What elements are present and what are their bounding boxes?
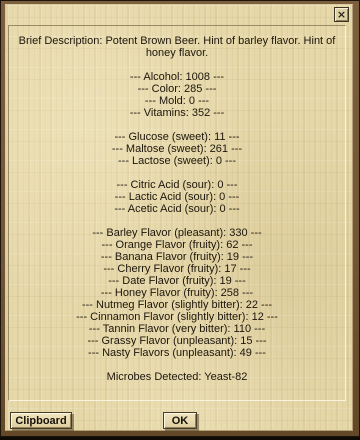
close-button[interactable]: ×: [334, 7, 349, 22]
ok-button[interactable]: OK: [163, 412, 197, 429]
stat-line: --- Honey Flavor (fruity): 258 ---: [9, 287, 345, 299]
stat-line: --- Banana Flavor (fruity): 19 ---: [9, 251, 345, 263]
clipboard-button[interactable]: Clipboard: [10, 412, 72, 429]
beer-info-window: Brief Description: Potent Brown Beer. Hi…: [0, 0, 360, 440]
stat-line: --- Alcohol: 1008 ---: [9, 71, 345, 83]
stat-group-sour: --- Citric Acid (sour): 0 ------ Lactic …: [9, 179, 345, 215]
stat-line: --- Color: 285 ---: [9, 83, 345, 95]
microbes-line: Microbes Detected: Yeast-82: [9, 371, 345, 383]
stat-line: --- Date Flavor (fruity): 19 ---: [9, 275, 345, 287]
stat-group-flavor: --- Barley Flavor (pleasant): 330 ------…: [9, 227, 345, 359]
beer-stats-panel: Brief Description: Potent Brown Beer. Hi…: [8, 25, 346, 401]
stat-group-sweet: --- Glucose (sweet): 11 ------ Maltose (…: [9, 131, 345, 167]
stat-line: --- Vitamins: 352 ---: [9, 107, 345, 119]
stat-line: --- Orange Flavor (fruity): 62 ---: [9, 239, 345, 251]
stat-line: --- Cinnamon Flavor (slightly bitter): 1…: [9, 311, 345, 323]
stat-line: --- Acetic Acid (sour): 0 ---: [9, 203, 345, 215]
stat-line: --- Lactic Acid (sour): 0 ---: [9, 191, 345, 203]
stat-line: --- Citric Acid (sour): 0 ---: [9, 179, 345, 191]
stat-line: --- Barley Flavor (pleasant): 330 ---: [9, 227, 345, 239]
stat-line: --- Mold: 0 ---: [9, 95, 345, 107]
stat-line: --- Nutmeg Flavor (slightly bitter): 22 …: [9, 299, 345, 311]
stat-line: --- Glucose (sweet): 11 ---: [9, 131, 345, 143]
stat-line: --- Tannin Flavor (very bitter): 110 ---: [9, 323, 345, 335]
close-icon: ×: [337, 8, 346, 21]
stat-line: --- Cherry Flavor (fruity): 17 ---: [9, 263, 345, 275]
stat-group-general: --- Alcohol: 1008 ------ Color: 285 ----…: [9, 71, 345, 119]
stat-line: --- Grassy Flavor (unpleasant): 15 ---: [9, 335, 345, 347]
brief-description: Brief Description: Potent Brown Beer. Hi…: [14, 35, 340, 59]
stat-line: --- Maltose (sweet): 261 ---: [9, 143, 345, 155]
stat-line: --- Nasty Flavors (unpleasant): 49 ---: [9, 347, 345, 359]
stat-line: --- Lactose (sweet): 0 ---: [9, 155, 345, 167]
